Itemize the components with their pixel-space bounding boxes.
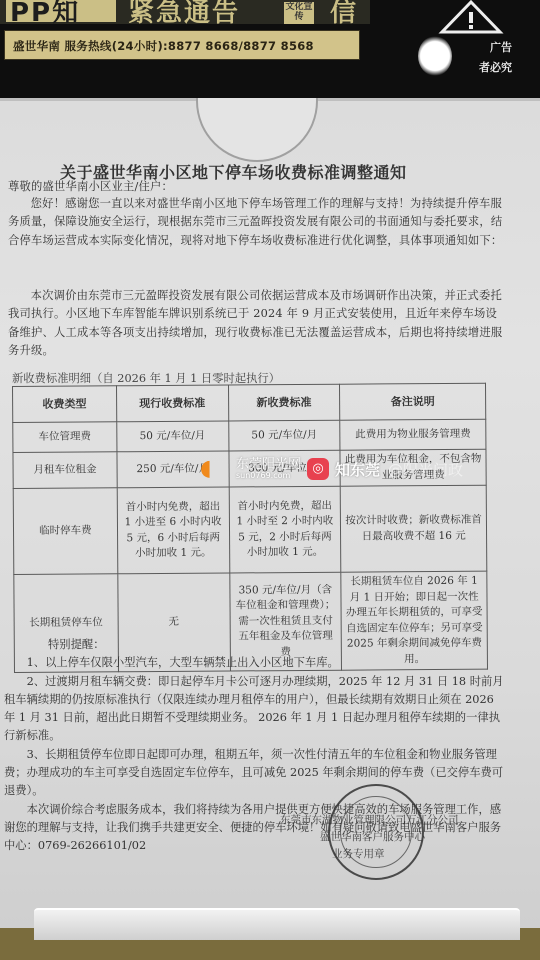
signature-seal-text: 业务专用章: [332, 846, 459, 863]
signature-company: 东莞市东湖物业管理限公司万江分公司: [280, 812, 459, 829]
table-row: 临时停车费 首小时内免费，超出 1 小进至 6 小时内收 5 元，6 小时后每两…: [13, 485, 487, 574]
cell-remarks: 此费用为物业服务管理费: [340, 419, 486, 450]
board-title-segment: 紧急通告: [128, 0, 278, 22]
service-hotline: 盛世华南 服务热线(24小时):8877 8668/8877 8568: [4, 30, 360, 60]
cell-fee-type: 月租车位租金: [13, 452, 117, 489]
board-title-segment: 信: [330, 0, 370, 22]
signature-block: 东莞市东湖物业管理限公司万江分公司 盛世华南客户服务中心 业务专用章: [280, 812, 459, 863]
greeting: 尊敬的盛世华南小区业主/住户：: [8, 178, 173, 196]
reminders-title: 特别提醒：: [48, 636, 508, 654]
fee-table: 收费类型 现行收费标准 新收费标准 备注说明 车位管理费 50 元/车位/月 5…: [12, 383, 488, 673]
sun-logo-icon: ◖: [200, 458, 230, 480]
cell-current-rate: 首小时内免费，超出 1 小进至 6 小时内收 5 元，6 小时后每两小时加收 1…: [117, 487, 229, 574]
board-title-segment: 文化宣传: [284, 2, 314, 24]
reminder-item: 3、长期租赁停车位即日起即可办理，租期五年，须一次性付清五年的车位租金和物业服务…: [4, 746, 508, 801]
cell-fee-type: 车位管理费: [13, 422, 117, 453]
cell-remarks: 按次计时收费；新收费标准首日最高收费不超 16 元: [341, 485, 487, 572]
brand-badge-icon: ◎: [307, 458, 329, 480]
cell-current-rate: 50 元/车位/月: [117, 421, 229, 452]
cell-fee-type: 临时停车费: [13, 488, 117, 575]
warning-triangle-icon: [436, 0, 506, 34]
reminder-item: 2、过渡期月租车辆交费：即日起停车月卡公可逐月办理续期，2025 年 12 月 …: [4, 673, 508, 746]
intro-paragraph: 您好！感谢您一直以来对盛世华南小区地下停车场管理工作的理解与支持！为持续提升停车…: [8, 195, 508, 250]
reason-paragraph: 本次调价由东莞市三元盈晖投资发展有限公司依据运营成本及市场调研作出决策，并正式委…: [8, 287, 508, 360]
cell-new-rate: 首小时内免费，超出 1 小时至 2 小时内收 5 元，2 小时后每两小时加收 1…: [229, 486, 341, 573]
sign-board-title: PP知 紧急通告 文化宣传 信: [0, 0, 370, 24]
watermark-brand: 知东莞: [335, 459, 380, 480]
board-title-segment: PP知: [6, 0, 116, 22]
warning-label: 广告 者必究: [420, 38, 520, 78]
header-new-rate: 新收费标准: [228, 384, 340, 421]
cell-new-rate: 50 元/车位/月: [228, 420, 340, 451]
header-remarks: 备注说明: [340, 383, 486, 420]
signature-department: 盛世华南客户服务中心: [320, 829, 459, 846]
watermark-site: 东莞阳光网 sun0769.com: [236, 458, 301, 480]
table-row: 车位管理费 50 元/车位/月 50 元/车位/月 此费用为物业服务管理费: [13, 419, 486, 452]
watermark-tail: @阳光问政: [388, 459, 463, 480]
watermark: ◖ 东莞阳光网 sun0769.com ◎ 知东莞 @阳光问政: [200, 455, 463, 483]
holder-bottom-lip: [34, 908, 520, 940]
table-header-row: 收费类型 现行收费标准 新收费标准 备注说明: [13, 383, 486, 422]
sign-board: PP知 紧急通告 文化宣传 信 盛世华南 服务热线(24小时):8877 866…: [0, 0, 540, 100]
reminder-item: 1、以上停车仅限小型汽车，大型车辆禁止出入小区地下车库。: [4, 654, 508, 672]
header-current-rate: 现行收费标准: [116, 385, 228, 422]
header-fee-type: 收费类型: [13, 386, 117, 423]
